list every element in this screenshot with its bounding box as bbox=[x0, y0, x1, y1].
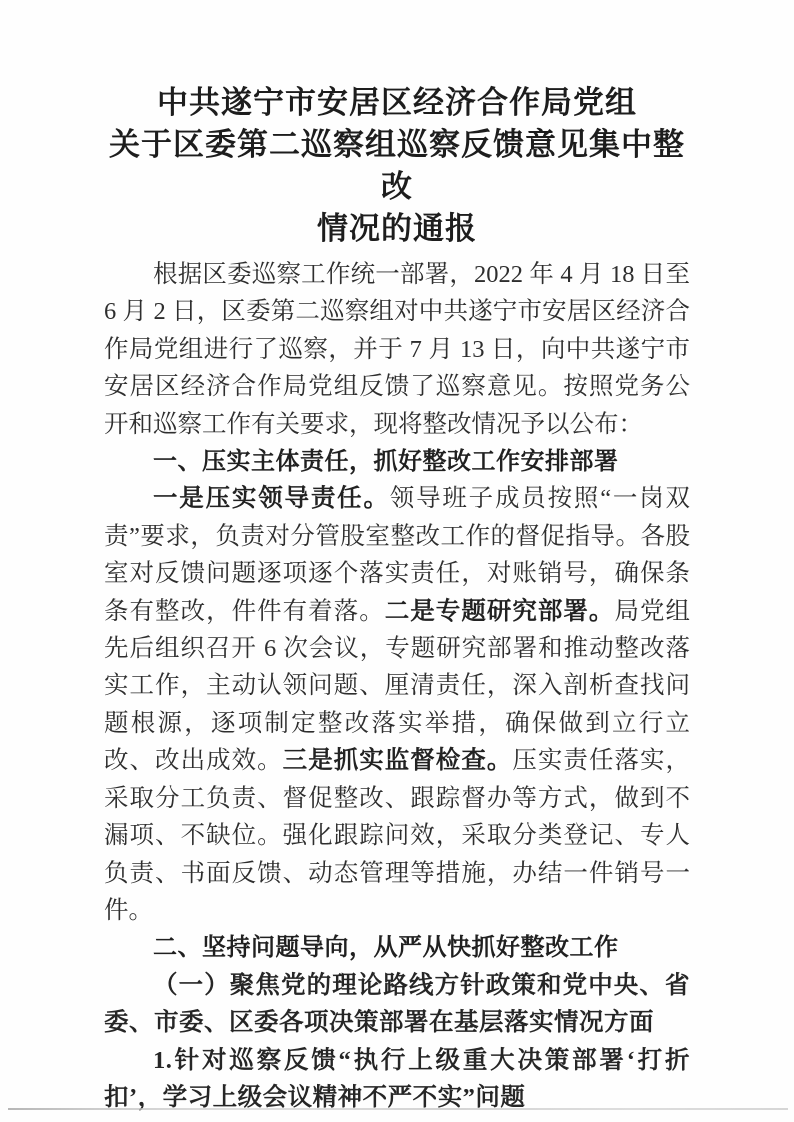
paragraph-focus-area: （一）聚焦党的理论路线方针政策和党中央、省委、市委、区委各项决策部署在基层落实情… bbox=[104, 967, 690, 1042]
document-page: 中共遂宁市安居区经济合作局党组 关于区委第二巡察组巡察反馈意见集中整改 情况的通… bbox=[0, 0, 794, 1122]
section-heading-2: 二、坚持问题导向，从严从快抓好整改工作 bbox=[104, 929, 690, 966]
paragraph-measures: 一是压实领导责任。领导班子成员按照“一岗双责”要求，负责对分管股室整改工作的督促… bbox=[104, 480, 690, 929]
measure-2-label: 二是专题研究部署。 bbox=[385, 598, 615, 625]
title-line-3: 情况的通报 bbox=[104, 208, 690, 250]
paragraph-intro: 根据区委巡察工作统一部署，2022 年 4 月 18 日至 6 月 2 日，区委… bbox=[104, 256, 690, 443]
paragraph-issue-1: 1.针对巡察反馈“执行上级重大决策部署‘打折扣’，学习上级会议精神不严不实”问题 bbox=[104, 1042, 690, 1117]
document-content: 中共遂宁市安居区经济合作局党组 关于区委第二巡察组巡察反馈意见集中整改 情况的通… bbox=[104, 82, 690, 1116]
scan-artifact-line bbox=[8, 1108, 788, 1110]
section-heading-1: 一、压实主体责任，抓好整改工作安排部署 bbox=[104, 443, 690, 480]
measure-1-label: 一是压实领导责任。 bbox=[153, 485, 390, 512]
measure-3-label: 三是抓实监督检查。 bbox=[283, 747, 513, 774]
title-line-1: 中共遂宁市安居区经济合作局党组 bbox=[104, 82, 690, 124]
title-line-2: 关于区委第二巡察组巡察反馈意见集中整改 bbox=[104, 124, 690, 208]
document-title: 中共遂宁市安居区经济合作局党组 关于区委第二巡察组巡察反馈意见集中整改 情况的通… bbox=[104, 82, 690, 250]
